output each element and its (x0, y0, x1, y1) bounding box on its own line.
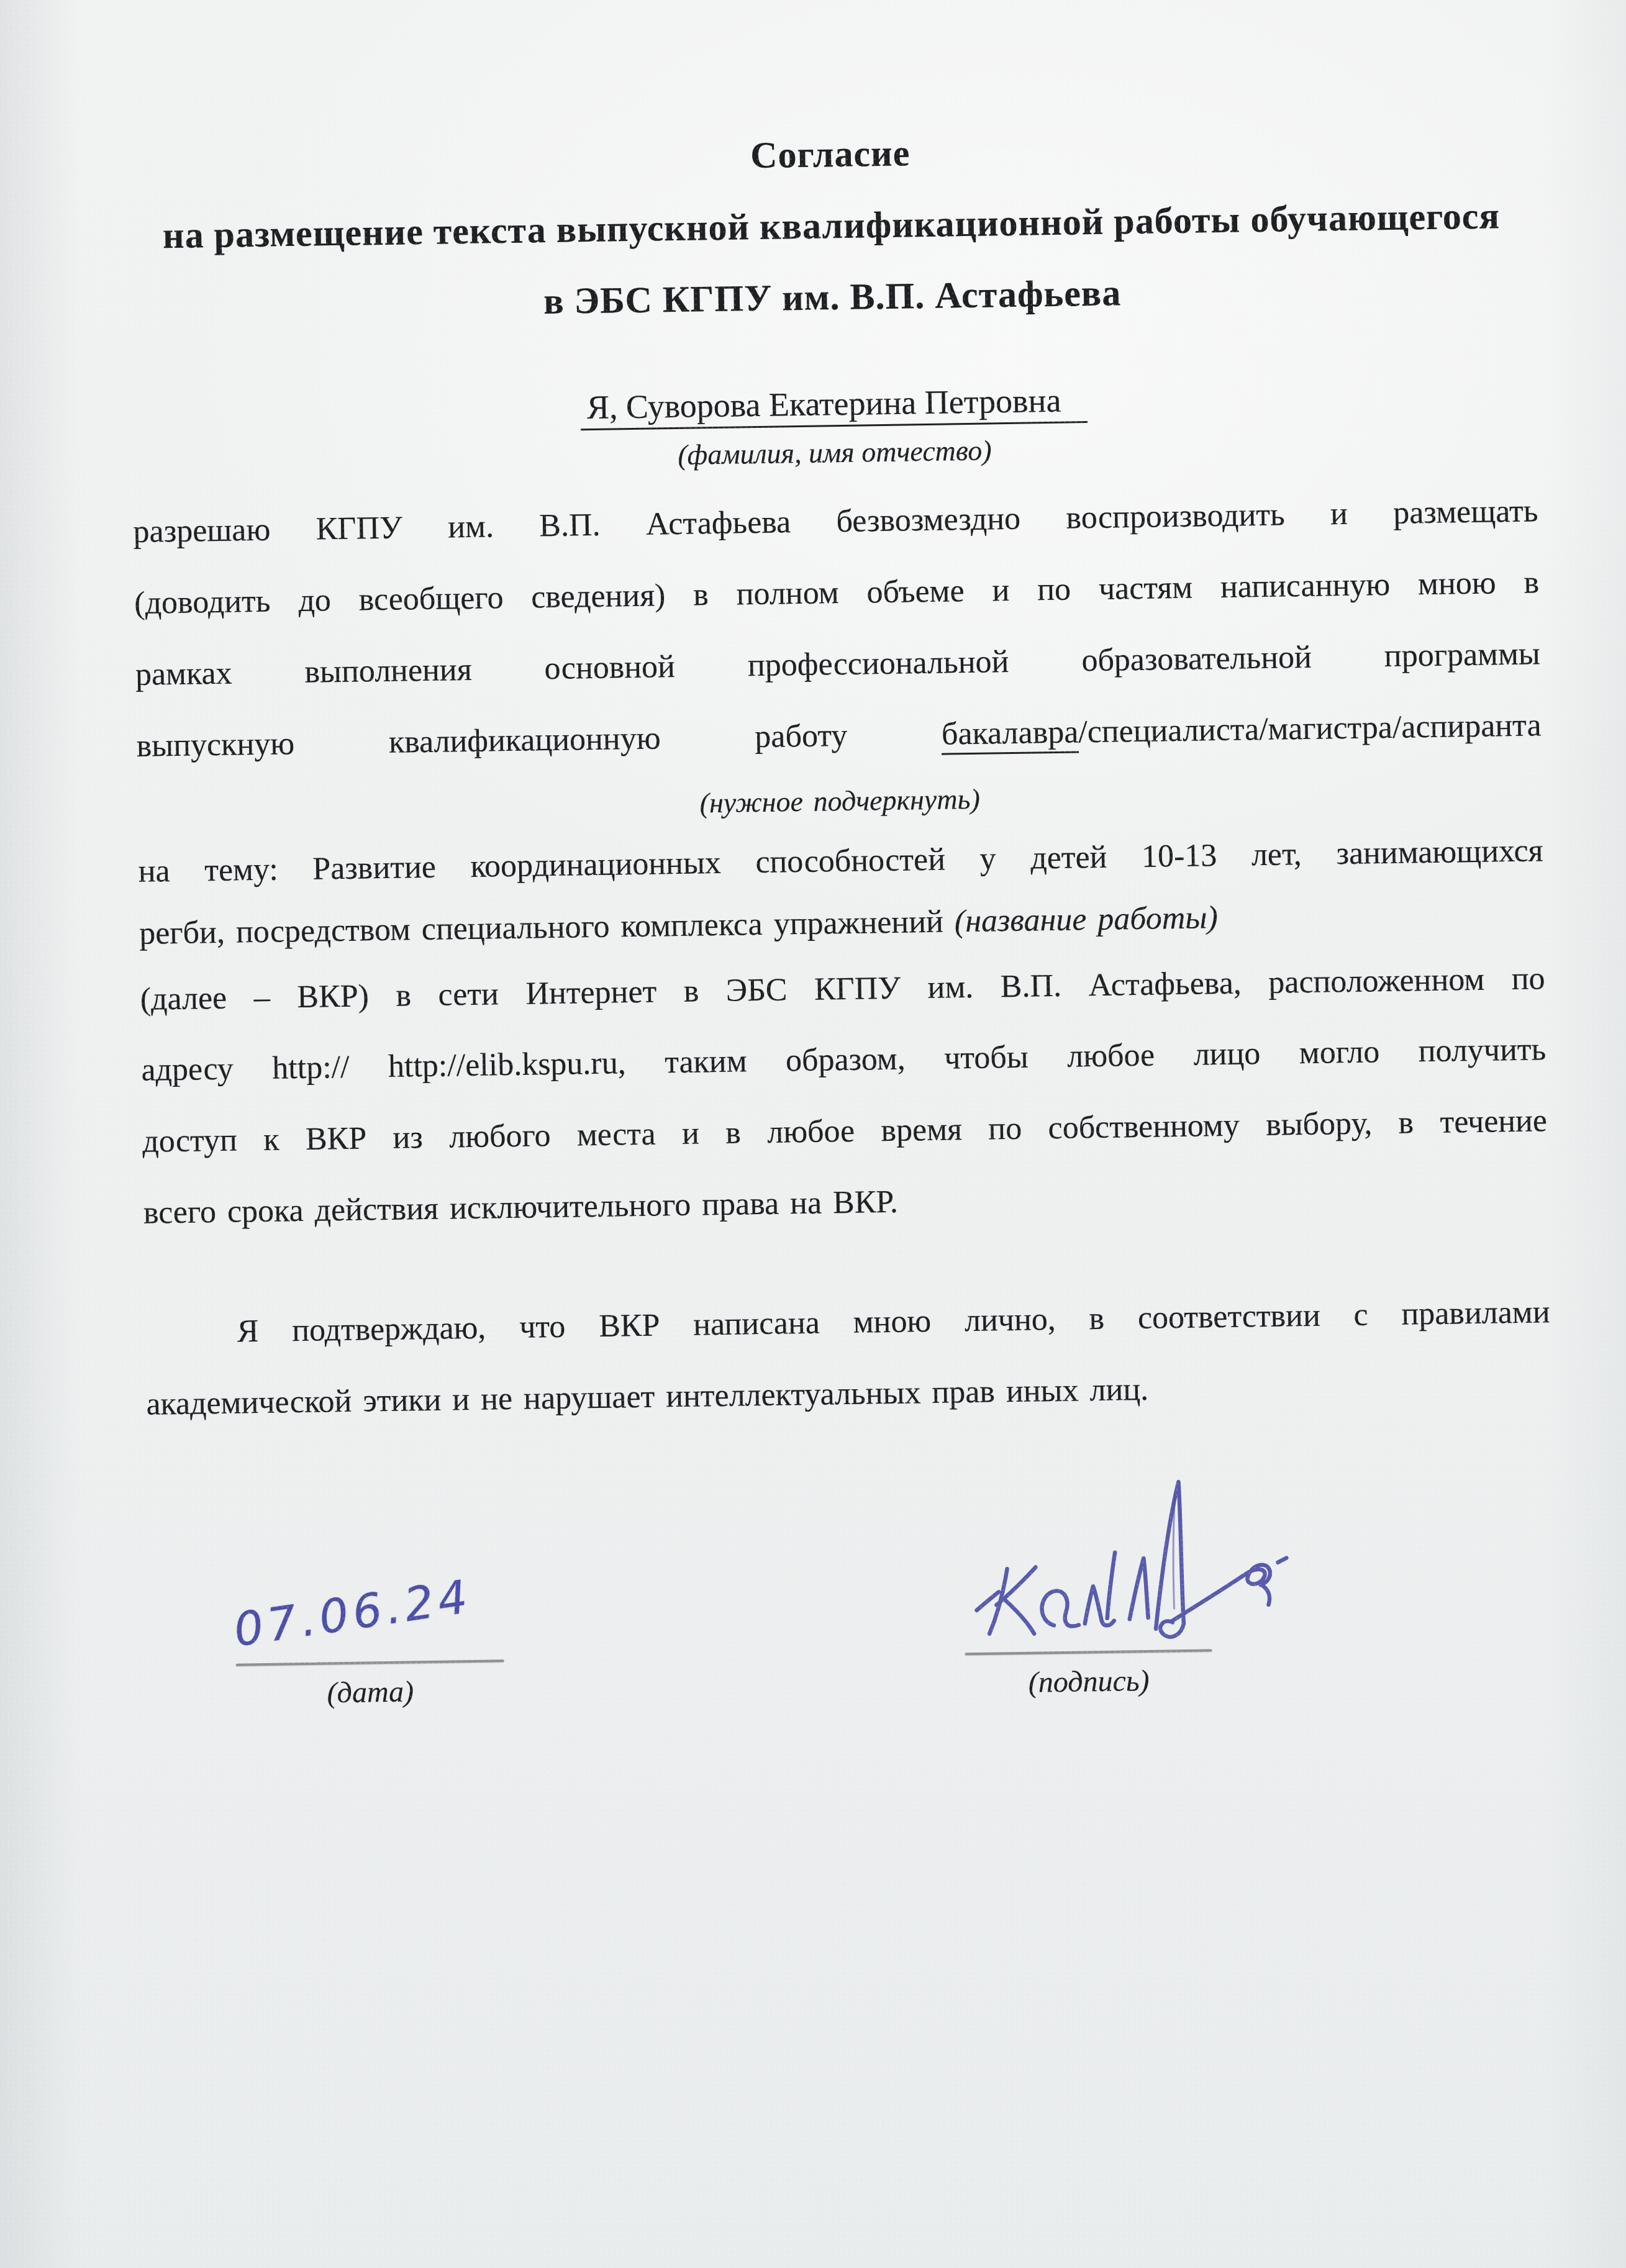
confirmation-paragraph: Я подтверждаю, что ВКР написана мною лич… (145, 1276, 1551, 1440)
document-content: Согласие на размещение текста выпускной … (127, 108, 1556, 1715)
signature-ink (951, 1458, 1302, 1667)
document-title: Согласие на размещение текста выпускной … (127, 108, 1535, 343)
work-title-note: (название работы) (954, 900, 1218, 939)
body-line-4-prefix: выпускную квалификационную работу (136, 717, 942, 764)
degree-underlined: бакалавра (942, 714, 1079, 755)
scanned-consent-document: Согласие на размещение текста выпускной … (0, 0, 1626, 2268)
date-field: 07.06.24 (дата) (234, 1514, 505, 1714)
body-line-4-suffix: /специалиста/магистра/аспиранта (1078, 707, 1542, 750)
signature-ink-zone (963, 1504, 1212, 1653)
date-handwriting: 07.06.24 (230, 1570, 475, 1658)
signature-field: (подпись) (963, 1504, 1213, 1703)
signature-area: 07.06.24 (дата) (148, 1499, 1555, 1716)
date-ink-zone: 07.06.24 (234, 1514, 504, 1663)
body-line-6-text: регби, посредством специального комплекс… (139, 904, 955, 951)
declarant-name-underlined: Я, Суворова Екатерина Петровна (581, 381, 1088, 430)
date-label: (дата) (236, 1671, 505, 1714)
body-paragraph: разрешаю КГПУ им. В.П. Астафьева безвозм… (133, 475, 1549, 1248)
